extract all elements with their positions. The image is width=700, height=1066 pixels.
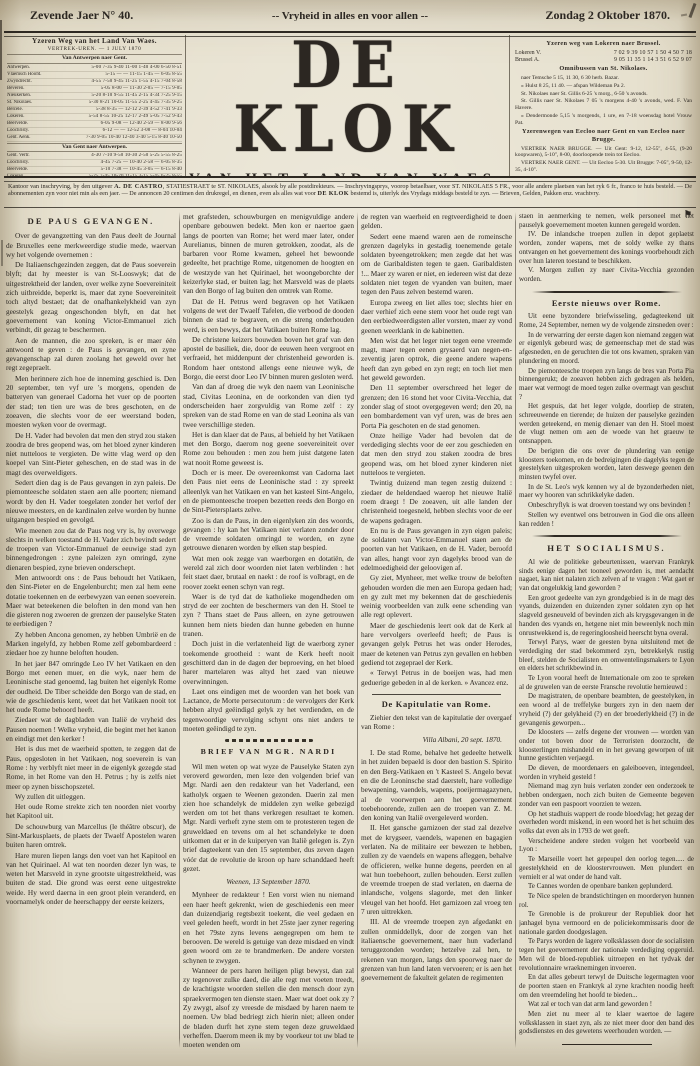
paragraph: Hare muren liepen langs den voet van het…: [6, 851, 176, 907]
paragraph: Te Marseille voert het gepeupel den oorl…: [519, 855, 694, 881]
schedule-title: Yzeren Weg van het Land Van Waes.: [7, 37, 182, 46]
column-divider: [179, 212, 180, 1048]
paragraph: Het is dus met de waerheid spotten, te z…: [6, 744, 176, 790]
paragraph: De H. Vader had bevolen dat men den stry…: [6, 431, 176, 477]
paragraph: Twintig duizend man tegen zestig duizend…: [361, 478, 512, 524]
end-rule: [562, 1044, 652, 1045]
issue-number: Zevende Jaer N° 40.: [30, 8, 224, 23]
departure-times: 4-55 7-50 9-45 11-25 1-55 4-15 7-04 8-58: [35, 79, 182, 85]
dateline: Villa Albani, 20 sept. 1870.: [361, 735, 502, 744]
paragraph: Wy zullen dit uitleggen.: [6, 792, 176, 801]
heading-text: HET SOCIALISMUS.: [547, 543, 666, 553]
station-name: Belcele.: [7, 107, 26, 113]
station-name: Zwyndrecht.: [7, 79, 35, 85]
paragraph: Al wie de politieke gebeurtenissen, waer…: [519, 558, 694, 593]
paragraph: Van dan af droeg die wyk den naem van Le…: [183, 382, 354, 428]
scan-edge-mark: [1, 240, 3, 266]
paragraph: VERTREK NAER GENT. — Uit Eecloo 5-30. Ui…: [515, 160, 692, 174]
paragraph: St. Nikolaes naer St. Gillis 6-25 's mor…: [515, 91, 692, 98]
scan-edge-mark: [0, 20, 2, 80]
paragraph: Verscheidene andere steden volgen het vo…: [519, 837, 694, 854]
paragraph: Te Grenoble is de prokureur der Republie…: [519, 910, 694, 936]
paragraph: » Dendermonde 5,15 's morgends, 1 ure, e…: [515, 113, 692, 127]
schedule-section-title: Van Antwerpen naer Gent.: [7, 54, 182, 64]
table-row: Antwerpen.5-00 7-35 9-40 11-00 1-40 4-00…: [7, 65, 182, 72]
paragraph: Te Parys worden de lagere volksklassen d…: [519, 937, 694, 972]
article-body: Over de gevangzetting van den Paus deelt…: [6, 231, 176, 906]
paragraph: Doch er is meer. De overeenkomst van Cad…: [183, 468, 354, 514]
masthead-band: Yzeren Weg van het Land Van Waes. VERTRE…: [4, 35, 696, 176]
station-name: Antwerpen.: [7, 65, 33, 71]
capitulation-articles: IV. De inlandsche troepen zullen in depo…: [519, 230, 694, 283]
station-name: Vlaemsch Hoofd.: [7, 72, 45, 78]
paragraph: Men wist dat het leger niet tegen eene v…: [361, 336, 512, 382]
article-intro: Wil men weten op wat wyze de Pauselyke S…: [183, 762, 354, 874]
paragraph: Onbeschryflyk is wat droeven toestand wy…: [519, 501, 694, 510]
paragraph: Een groot gedeelte van zyn grondgebied i…: [519, 594, 694, 638]
departure-times: 5-05 8-00 — 11-30 2-05 — 7-15 9-05: [28, 86, 182, 92]
schedule-table: Antwerpen.5-00 7-35 9-40 11-00 1-40 4-00…: [7, 65, 182, 142]
schedule-table: Lokeren V.7 02 9 39 10 57 1 50 4 50 7 18…: [515, 50, 692, 64]
article-heading-brief-nardi: BRIEF VAN MGR. NARDI: [183, 747, 354, 756]
ink-smudge: [689, 3, 697, 18]
departure-times: 5-38 8-35 — 12-12 2-39 4-52 7-41 9-33: [26, 107, 182, 113]
paragraph: St. Gillis naer St. Nikolaes 7 05 's mor…: [515, 98, 692, 112]
column-2: met grafsteden, schouwburgen en menigvul…: [183, 212, 354, 1048]
paragraph: Sedert eene maend waren aen de romeinsch…: [361, 232, 512, 297]
table-row: Gent. Aenk.7-30 9-05 10-40 12-40 3-40 5-…: [7, 135, 182, 142]
imprint-rule: [4, 207, 696, 208]
dateline: Weenen, 13 September 1870.: [183, 877, 354, 886]
paragraph: Niemand mag zyn huis verlaten zonder een…: [519, 782, 694, 808]
table-row: Loochristy.6-12 — — 12-52 3-08 — 8-04 10…: [7, 128, 182, 135]
paragraph: II. Het gansche garnizoen der stad zal d…: [361, 823, 512, 916]
top-header-row: Zevende Jaer N° 40. -- Vryheid in alles …: [30, 8, 670, 23]
paragraph: « Terwyl Petrus in de boeijen was, had m…: [361, 668, 512, 687]
departure-times: 9 05 11 35 1 14 3 51 6 52 9 07: [543, 57, 692, 64]
article-heading-socialismus: HET SOCIALISMUS.⚑: [519, 544, 694, 553]
station-name: St. Nikolaes.: [7, 100, 35, 106]
article-heading-kapitulatie: De Kapitulatie van Rome.: [361, 700, 512, 709]
article-body: Al wie de politieke gebeurtenissen, waer…: [519, 558, 694, 1036]
paragraph: Aen de mannen, die zoo spreken, is er ma…: [6, 336, 176, 373]
imprint-text: bestemd is, uiterlyk des Vrydags middags…: [349, 190, 600, 197]
station-name: Lokeren.: [7, 114, 28, 120]
paragraph: In de St. Leo's wyk kennen wy al de byzo…: [519, 483, 694, 500]
continuation-paragraph: met grafsteden, schouwburgen en menigvul…: [183, 212, 354, 296]
departure-times: 7-30 9-05 10-40 12-40 3-40 5-15 8-40 10-…: [34, 135, 183, 141]
schedule-table: Gent. Vertr.4-30 7-10 9-50 10-30 2-50 5-…: [7, 153, 182, 176]
paragraph: Laet ons eindigen met de woorden van het…: [183, 687, 354, 733]
paragraph: I. De stad Rome, behalve het gedeelte he…: [361, 748, 512, 822]
right-schedule-box: Yzeren weg van Lokeren naer Brussel. Lok…: [509, 35, 696, 176]
article-divider: [532, 291, 682, 293]
paragraph: Zoo is dan de Paus, in den eigenlyken zi…: [183, 516, 354, 553]
paragraph: Den 11 september overschreed het leger d…: [361, 383, 512, 429]
departure-times: 4-45 7-25 — 10-40 2-58 — 6-05 8-35: [32, 160, 182, 166]
article-intro: Ziehier den tekst van de kapitulatie der…: [361, 713, 512, 732]
paragraph: Te Cannes worden de openbare banken gepl…: [519, 882, 694, 891]
departure-times: 5-54 8-55 10-25 12-17 2-49 5-05 7-52 9-4…: [28, 114, 182, 120]
column-divider: [515, 212, 516, 1048]
table-row: Beervelde.6-05 9-08 — 12-40 2-59 — 8-00 …: [7, 121, 182, 128]
schedule-title: Omnibussen van St. Nikolaes.: [515, 65, 692, 73]
schedule-lines: naer Temsche 5 15, 11 30, 6 30 herb. Baz…: [515, 75, 692, 127]
schedule-lines: VERTREK NAER BRUGGE. — Uit Gent: 9-12, 1…: [515, 146, 692, 174]
schedule-subtitle: VERTREK-UREN. — 1 JULY 1870: [7, 46, 182, 53]
departure-times: 6-05 9-08 — 12-40 2-59 — 8-00 9-56: [31, 121, 182, 127]
paragraph: De kloosters — zelfs degene der vrouwen …: [519, 728, 694, 763]
train-schedule-box: Yzeren Weg van het Land Van Waes. VERTRE…: [4, 35, 186, 176]
paragraph: Terwyl Parys, waer de geesten byna uitsl…: [519, 638, 694, 673]
paragraph: En nu is de Paus gevangen in zyn eigen p…: [361, 526, 512, 572]
paragraph: Dat de H. Petrus werd begraven op het Va…: [183, 297, 354, 334]
paragraph: In de verwarring der eerste dagen kon ni…: [519, 331, 694, 366]
article-heading-eerste-nieuws: Eerste nieuws over Rome.: [519, 300, 694, 309]
paragraph: Wat men ook zegge van waerborgen en dota…: [183, 554, 354, 591]
paragraph: Wie meenen zou dat de Paus nog vry is, h…: [6, 526, 176, 572]
news-body: In de verwarring der eerste dagen kon ni…: [519, 331, 694, 528]
article-divider: [532, 535, 682, 537]
paragraph: Wanneer de pers haren heiligen pligt bew…: [183, 966, 354, 1048]
masthead-rule: [4, 176, 696, 182]
paragraph: Doch juist in die verlatenheid ligt de w…: [183, 639, 354, 685]
departure-times: 5-20 8-10 9-55 11-45 2-15 4-34 7-25 9-15: [34, 93, 182, 99]
letter-body: Mynheer de redakteur ! Een vorst wien nu…: [183, 890, 354, 1048]
column-4: staen in aenmerking te nemen, welk perso…: [519, 212, 694, 1048]
paragraph: Op het stadhuis wappert de roode bloedvl…: [519, 810, 694, 836]
paragraph: Het oude Rome strekte zich ten noorden n…: [6, 802, 176, 821]
article-heading-paus-gevangen: DE PAUS GEVANGEN.: [6, 217, 176, 226]
table-row: Beveren.5-05 8-00 — 11-30 2-05 — 7-15 9-…: [7, 86, 182, 93]
table-row: Loochristy.4-45 7-25 — 10-40 2-58 — 6-05…: [7, 160, 182, 167]
printer-flag-mark: ⚑: [684, 212, 692, 219]
article-body: Dat de H. Petrus werd begraven op het Va…: [183, 297, 354, 734]
station-name: Loochristy.: [7, 128, 32, 134]
table-row: Beervelde.5-10 7-38 — 10-45 3-05 — 6-15 …: [7, 167, 182, 174]
capitulation-articles: I. De stad Rome, behalve het gedeelte he…: [361, 748, 512, 982]
paragraph: Europa zweeg en liet alles toe; slechts …: [361, 298, 512, 335]
issue-date: Zondag 2 Oktober 1870.: [476, 8, 670, 23]
schedule-title: Yzeren weg van Lokeren naer Brussel.: [515, 40, 692, 48]
schedule-section-title: Van Gent naer Antwerpen.: [7, 143, 182, 153]
column-3: de regten van waerheid en regtveerdighei…: [361, 212, 512, 1048]
paragraph: En dat alles gebeurt terwyl de Duitsche …: [519, 973, 694, 999]
paragraph: De piemonteesche troepen zyn langs de br…: [519, 367, 694, 402]
departure-times: 5-00 7-35 9-40 11-00 1-40 4-00 6-50 8-51: [33, 65, 182, 71]
table-row: Belcele.5-38 8-35 — 12-12 2-39 4-52 7-41…: [7, 107, 182, 114]
paragraph: Over de gevangzetting van den Paus deelt…: [6, 231, 176, 259]
continuation-paragraph: de regten van waerheid en regtveerdighei…: [361, 212, 512, 231]
paragraph: De Italiaenschgezinden zeggen, dat de Pa…: [6, 260, 176, 334]
paragraph: Het gespuis, dat het leger volgde, doorl…: [519, 402, 694, 446]
imprint-line: Kantoor van inschryving, by den uitgever…: [8, 183, 692, 198]
station-name: Beervelde.: [7, 167, 31, 173]
table-row: Lokeren V.7 02 9 39 10 57 1 50 4 50 7 18: [515, 50, 692, 57]
paragraph: » Hulst 8 25, 11 40. — afspan Wildeman P…: [515, 83, 692, 90]
letter-body: Sedert eene maend waren aen de romeinsch…: [361, 232, 512, 687]
paragraph: Te Lyon vooral heeft de Internationale o…: [519, 674, 694, 691]
table-row: Lokeren.5-54 8-55 10-25 12-17 2-49 5-05 …: [7, 114, 182, 121]
column-1: DE PAUS GEVANGEN. Over de gevangzetting …: [6, 212, 176, 1048]
table-row: Vlaemsch Hoofd.5-15 — — 11-15 1-45 — 6-0…: [7, 72, 182, 79]
article-intro: Uit eene byzondere briefwisseling, gedag…: [519, 312, 694, 329]
station-name: Beervelde.: [7, 121, 31, 127]
paragraph: De dieven, de moordenaers en galeiboeven…: [519, 764, 694, 781]
paragraph: In het jaer 847 omringde Leo IV het Vati…: [6, 659, 176, 715]
station-name: Lokeren V.: [515, 50, 544, 57]
table-row: Zwyndrecht.4-55 7-50 9-45 11-25 1-55 4-1…: [7, 79, 182, 86]
station-name: Brussel A.: [515, 57, 543, 64]
paragraph: Maer de geschiedenis leert ook dat de Ke…: [361, 621, 512, 667]
paragraph: Gy ziet, Mynheer, met welke trouw de bel…: [361, 573, 512, 619]
paragraph: Stellen wy eventwel ons betrouwen in God…: [519, 511, 694, 528]
ink-smudge: [681, 13, 687, 16]
paragraph: Zy hebben Ancona genomen, zy hebben Umbr…: [6, 630, 176, 658]
table-row: Brussel A.9 05 11 35 1 14 3 51 6 52 9 07: [515, 57, 692, 64]
paragraph: De berigten die ons over de plundering v…: [519, 447, 694, 482]
departure-times: 5-15 — — 11-15 1-45 — 6-05 8-55: [45, 72, 183, 78]
paragraph: De magistraten, de openbare beambten, de…: [519, 692, 694, 727]
paragraph: De christene keizers bouwden boven het g…: [183, 335, 354, 381]
article-columns: DE PAUS GEVANGEN. Over de gevangzetting …: [6, 212, 694, 1048]
continuation-paragraph: staen in aenmerking te nemen, welk perso…: [519, 212, 694, 229]
paragraph: Men herinnere zich hoe de inneming gesch…: [6, 374, 176, 430]
station-name: Loochristy.: [7, 160, 32, 166]
imprint-text: Kantoor van inschryving, by den uitgever: [8, 183, 114, 190]
departure-times: 7 02 9 39 10 57 1 50 4 50 7 18: [544, 50, 692, 57]
article-divider: [372, 694, 502, 695]
table-row: Gent. Vertr.4-30 7-10 9-50 10-30 2-50 5-…: [7, 153, 182, 160]
paragraph: Onze heilige Vader had bevolen dat de ve…: [361, 431, 512, 477]
newspaper-page: Zevende Jaer N° 40. -- Vryheid in alles …: [0, 0, 700, 1066]
paragraph: Ziedaer wat de dagbladen van Italië de v…: [6, 715, 176, 743]
paragraph: V. Morgen zullen zy naer Civita-Vecchia …: [519, 266, 694, 283]
newspaper-title: DE KLOK: [186, 35, 509, 161]
masthead: DE KLOK VAN HET LAND VAN WAES. WEEKBLAD …: [186, 35, 509, 176]
paragraph: IV. De inlandsche troepen zullen in depo…: [519, 230, 694, 265]
paragraph: Mynheer de redakteur ! Een vorst wien nu…: [183, 890, 354, 964]
paragraph: Men ziet nu meer al te klaer waertoe de …: [519, 1010, 694, 1036]
departure-times: 5-10 7-38 — 10-45 3-05 — 6-15 8-40: [31, 167, 182, 173]
publisher-name: A. DE CASTRO: [114, 183, 163, 190]
station-name: Beveren.: [7, 86, 28, 92]
paragraph: De schouwburg van Marcellus (le théâtre …: [6, 822, 176, 850]
schedule-title: Yzerenwegen van Eecloo naer Gent en van …: [515, 128, 692, 144]
paragraph: Te Nice spelen de brandstichtingen en mo…: [519, 892, 694, 909]
paragraph: naer Temsche 5 15, 11 30, 6 30 herb. Baz…: [515, 75, 692, 82]
station-name: Gent. Aenk.: [7, 135, 34, 141]
departure-times: 4-30 7-10 9-50 10-30 2-50 5-25 5-55 8-25: [33, 153, 182, 159]
station-name: Gent. Vertr.: [7, 153, 33, 159]
column-divider: [357, 212, 358, 1048]
paragraph: Waer is de tyd dat de katholieke mogendh…: [183, 592, 354, 638]
paragraph: Sedert dien dag is de Paus gevangen in z…: [6, 478, 176, 524]
table-row: St. Nikolaes.5-30 8-21 10-05 11-55 2-25 …: [7, 100, 182, 107]
departure-times: 5-30 8-21 10-05 11-55 2-25 4-45 7-35 9-2…: [35, 100, 182, 106]
paragraph: Het is dan klaer dat de Paus, al behield…: [183, 430, 354, 467]
paragraph: Wat zal er toch van dat arm land geworde…: [519, 1000, 694, 1009]
paragraph: III. Al de vreemde troepen zyn afgedankt…: [361, 917, 512, 982]
table-row: Nieukerken.5-20 8-10 9-55 11-45 2-15 4-3…: [7, 93, 182, 100]
station-name: Nieukerken.: [7, 93, 34, 99]
departure-times: 6-12 — — 12-52 3-08 — 8-04 10-04: [32, 128, 182, 134]
paragraph: VERTREK NAER BRUGGE. — Uit Gent: 9-12, 1…: [515, 146, 692, 160]
brand-name: DE KLOK: [317, 190, 349, 197]
article-divider: [225, 739, 313, 742]
paragraph: Men antwoordt ons : de Paus behoudt het …: [6, 573, 176, 629]
newspaper-motto: -- Vryheid in alles en voor allen --: [224, 12, 476, 21]
